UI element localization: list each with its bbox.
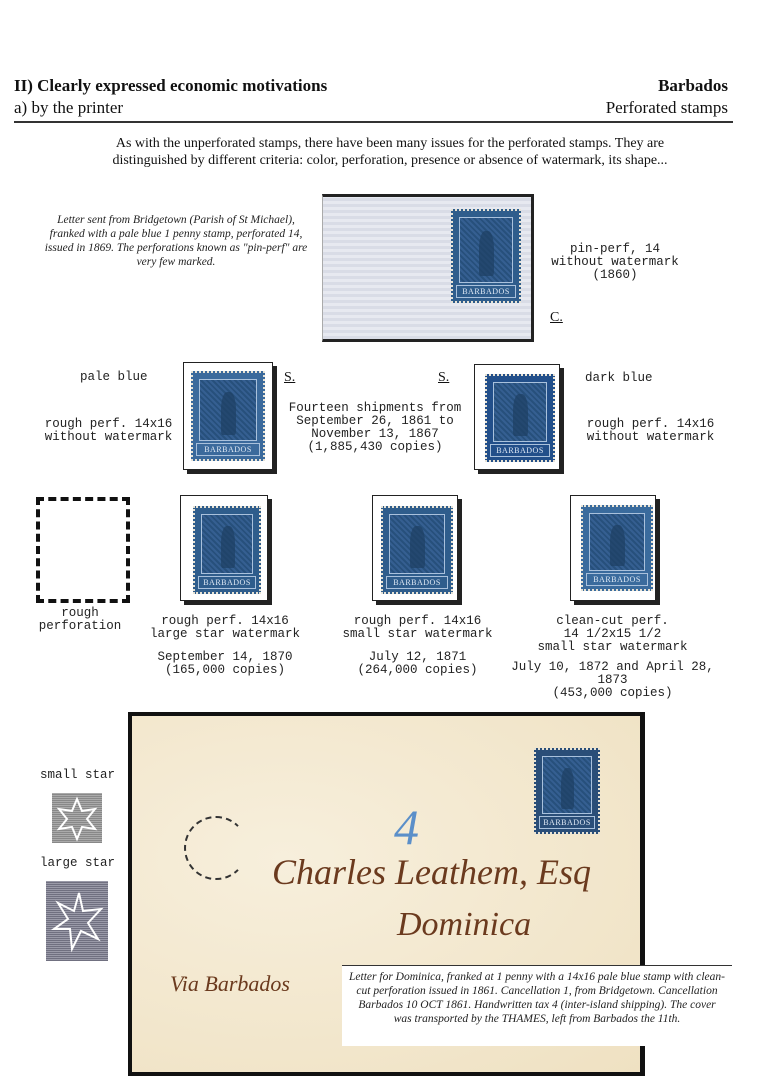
- clean-cut-desc: clean-cut perf. 14 1/2x15 1/2 small star…: [525, 615, 700, 654]
- cover1-stamp: BARBADOS: [451, 209, 521, 303]
- large-star-date: September 14, 1870 (165,000 copies): [145, 651, 305, 677]
- small-star-mount: BARBADOS: [372, 495, 458, 601]
- clean-cut-date: July 10, 1872 and April 28, 1873 (453,00…: [505, 661, 720, 700]
- bridgetown-postmark: [184, 816, 248, 880]
- pale-blue-mount: BARBADOS: [183, 362, 273, 470]
- address-line-2: Dominica: [397, 906, 531, 944]
- section-subtitle: a) by the printer: [14, 98, 123, 118]
- dark-blue-stamp: BARBADOS: [485, 374, 555, 462]
- cover1-mark: C.: [550, 310, 563, 326]
- small-star-date: July 12, 1871 (264,000 copies): [335, 651, 500, 677]
- small-star-wm-label: small star: [30, 769, 125, 782]
- small-star-watermark: [52, 793, 102, 843]
- cover2-caption: Letter for Dominica, franked at 1 penny …: [342, 966, 732, 1030]
- header-rule: [14, 121, 733, 123]
- shipments-note: Fourteen shipments from September 26, 18…: [280, 402, 470, 454]
- dark-blue-desc: rough perf. 14x16 without watermark: [578, 418, 723, 444]
- dark-blue-mount: BARBADOS: [474, 364, 560, 470]
- cover2-stamp: BARBADOS: [534, 748, 600, 834]
- cover1-image: BARBADOS: [322, 194, 534, 342]
- clean-cut-stamp: BARBADOS: [581, 505, 653, 591]
- large-star-watermark: [46, 881, 108, 961]
- pale-blue-mark: S.: [284, 370, 295, 386]
- cover1-caption: Letter sent from Bridgetown (Parish of S…: [40, 213, 312, 269]
- section-title: II) Clearly expressed economic motivatio…: [14, 76, 327, 96]
- routing-note: Via Barbados: [170, 971, 290, 997]
- rough-perforation-label: rough perforation: [20, 607, 140, 633]
- small-star-icon: [52, 793, 102, 843]
- large-star-icon: [46, 881, 108, 961]
- topic-subtitle: Perforated stamps: [606, 98, 728, 118]
- large-star-desc: rough perf. 14x16 large star watermark: [145, 615, 305, 641]
- small-star-desc: rough perf. 14x16 small star watermark: [335, 615, 500, 641]
- cover2-caption-box: Letter for Dominica, franked at 1 penny …: [342, 965, 732, 1046]
- large-star-stamp: BARBADOS: [193, 506, 261, 594]
- clean-cut-mount: BARBADOS: [570, 495, 656, 601]
- large-star-mount: BARBADOS: [180, 495, 268, 601]
- tax-mark: 4: [394, 798, 419, 856]
- country-title: Barbados: [658, 76, 728, 96]
- britannia-figure: [479, 231, 494, 276]
- cover1-description: pin-perf, 14 without watermark (1860): [540, 243, 690, 282]
- pale-blue-desc: rough perf. 14x16 without watermark: [36, 418, 181, 444]
- dark-blue-label: dark blue: [585, 372, 705, 385]
- small-star-stamp: BARBADOS: [381, 506, 453, 594]
- intro-text: As with the unperforated stamps, there h…: [110, 135, 670, 169]
- large-star-wm-label: large star: [30, 857, 125, 870]
- address-line-1: Charles Leathem, Esq: [272, 851, 591, 893]
- pale-blue-stamp: BARBADOS: [191, 371, 265, 461]
- rough-perforation-sample: [36, 497, 130, 603]
- dark-blue-mark: S.: [438, 370, 449, 386]
